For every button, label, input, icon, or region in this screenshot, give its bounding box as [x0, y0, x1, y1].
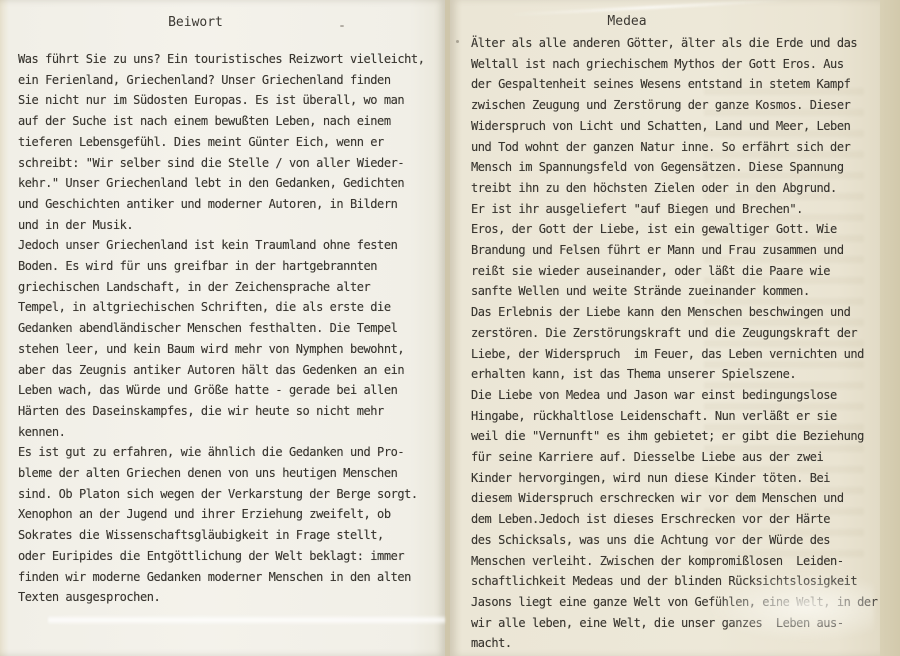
page-medea: Medea Älter als alle anderen Götter, ält… — [450, 0, 880, 656]
scanned-document: { "document": { "kind": "typewritten pro… — [0, 0, 900, 656]
page-title-beiwort: Beiwort — [0, 13, 418, 33]
page-body-beiwort: Was führt Sie zu uns? Ein touristisches … — [0, 49, 445, 608]
scan-speck — [340, 25, 344, 27]
page-beiwort: Beiwort Was führt Sie zu uns? Ein touris… — [0, 0, 445, 656]
page-title-medea: Medea — [412, 12, 842, 32]
page-edge-backing — [878, 0, 900, 656]
ink-bleedthrough — [704, 88, 864, 558]
scan-streak — [48, 615, 445, 625]
scan-speck — [456, 40, 459, 43]
scan-fade-patch — [704, 572, 874, 642]
